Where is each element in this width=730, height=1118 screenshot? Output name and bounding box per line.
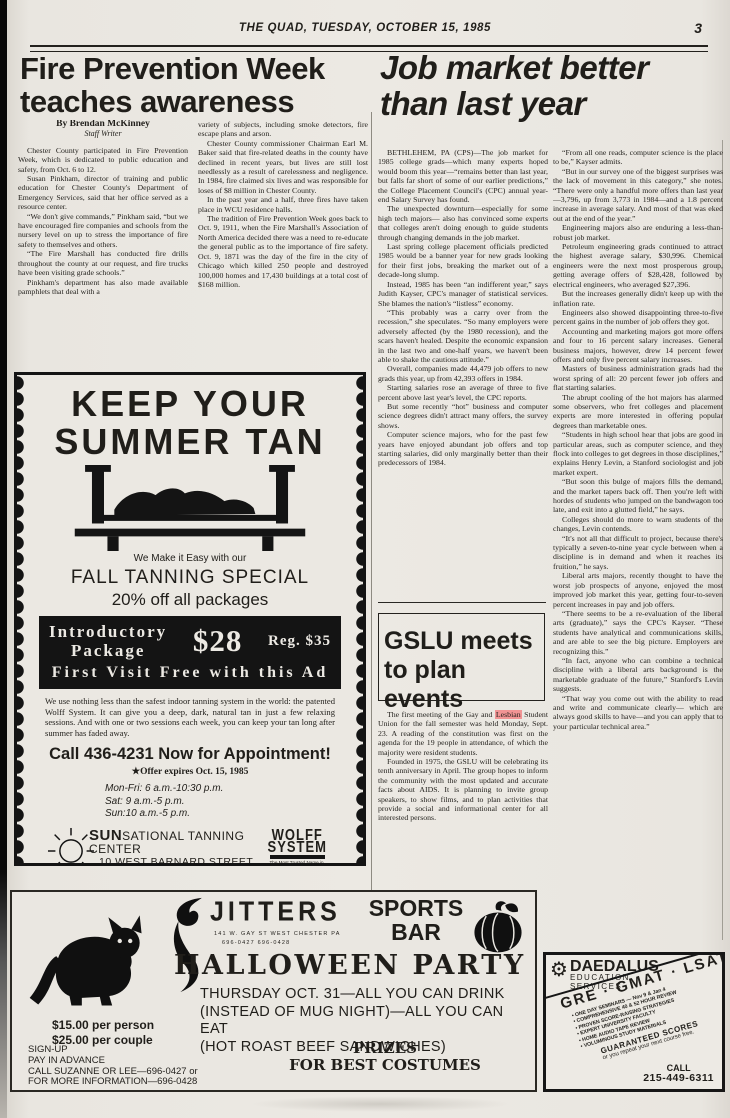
body-paragraph: “But soon this bulge of majors fills the… xyxy=(553,477,723,515)
body-paragraph: Last spring college placement officials … xyxy=(378,242,548,280)
body-paragraph: Chester County commissioner Chairman Ear… xyxy=(198,139,368,195)
offer-expires: ★Offer expires Oct. 15, 1985 xyxy=(37,766,343,777)
body-paragraph: “That way you come out with the ability … xyxy=(553,694,723,732)
body-paragraph: “There seems to be a re-evaluation of th… xyxy=(553,609,723,656)
byline-author: By Brendan McKinney xyxy=(18,120,188,129)
fire-article-col1: By Brendan McKinney Staff Writer Chester… xyxy=(18,120,188,370)
jitters-address: 141 W. GAY ST WEST CHESTER PA xyxy=(214,931,341,937)
tanning-ad: KEEP YOUR SUMMER TAN We Make it Easy wit… xyxy=(14,372,366,866)
hours-line: Sat: 9 a.m.-5 p.m. xyxy=(105,796,343,809)
signup-line: FOR MORE INFORMATION—696-0428 xyxy=(28,1077,198,1088)
price-line: $15.00 per person xyxy=(52,1018,154,1033)
tanning-special-line: 20% off all packages xyxy=(37,590,343,610)
address-line: 10 WEST BARNARD STREET xyxy=(89,856,268,866)
scan-edge xyxy=(0,0,7,1118)
signup-info: SIGN-UP PAY IN ADVANCE CALL SUZANNE OR L… xyxy=(28,1045,198,1088)
body-paragraph: “But in our survey one of the biggest su… xyxy=(553,167,723,223)
newspaper-page: THE QUAD, TUESDAY, OCTOBER 15, 1985 3 Fi… xyxy=(0,0,730,1118)
free-visit-line: First Visit Free with this Ad xyxy=(49,664,331,682)
body-paragraph: The abrupt cooling of the hot majors has… xyxy=(553,393,723,431)
daedalus-phone: 215-449-6311 xyxy=(643,1073,714,1083)
paragraph-text: The first meeting of the Gay and xyxy=(387,710,495,719)
body-paragraph: “In fact, anyone who can combine a techn… xyxy=(553,656,723,694)
daedalus-call: CALL 215-449-6311 xyxy=(643,1063,714,1083)
body-paragraph: Colleges should do more to warn students… xyxy=(553,515,723,534)
halloween-party-headline: HALLOWEEN PARTY xyxy=(174,950,526,981)
body-paragraph: The unexpected downturn—especially for s… xyxy=(378,204,548,242)
body-paragraph: Susan Pinkham, director of training and … xyxy=(18,174,188,212)
hours-line: Sun:10 a.m.-5 p.m. xyxy=(105,808,343,821)
body-paragraph: Accounting and marketing majors got more… xyxy=(553,327,723,365)
print-bleed-smudge xyxy=(250,1096,510,1112)
headline-line: KEEP YOUR xyxy=(37,385,343,423)
job-article-headline: Job market better than last year xyxy=(380,50,725,122)
sunsational-block: SUNSATIONAL TANNING CENTER 10 WEST BARNA… xyxy=(45,829,343,866)
body-paragraph: “We don't give commands,” Pinkham said, … xyxy=(18,212,188,250)
body-paragraph: variety of subjects, including smoke det… xyxy=(198,120,368,139)
body-paragraph: Petroleum engineering grads continued to… xyxy=(553,242,723,289)
daedalus-ad: ⚙ DAEDALUS EDUCATION SERVICES GRE · GMAT… xyxy=(543,952,725,1092)
body-paragraph: “It's not all that difficult to project,… xyxy=(553,534,723,572)
body-paragraph: Overall, companies made 44,479 job offer… xyxy=(378,364,548,383)
pumpkin-icon xyxy=(469,898,527,956)
tanning-ad-body: We use nothing less than the safest indo… xyxy=(45,696,335,738)
wolff-band xyxy=(270,855,325,859)
gslu-article: The first meeting of the Gay and Lesbian… xyxy=(378,710,548,902)
jitters-logo: JITTERS xyxy=(210,897,341,929)
headline-line: teaches awareness xyxy=(20,85,368,118)
tanning-bed-illustration xyxy=(59,465,321,551)
gslu-headline: GSLU meets to plan events xyxy=(384,627,544,714)
body-paragraph: Pinkham's department has also made avail… xyxy=(18,278,188,297)
jitters-ad: $15.00 per person $25.00 per couple JITT… xyxy=(10,890,537,1092)
column-divider xyxy=(371,112,372,900)
detail-line: THURSDAY OCT. 31—ALL YOU CAN DRINK xyxy=(200,986,535,1004)
gear-icon: ⚙ xyxy=(550,959,568,979)
signup-line: PAY IN ADVANCE xyxy=(28,1056,198,1067)
headline-line: SUMMER TAN xyxy=(37,423,343,461)
body-paragraph: Masters of business administration grads… xyxy=(553,364,723,392)
body-paragraph: Computer science majors, who for the pas… xyxy=(378,430,548,468)
body-paragraph: Chester County participated in Fire Prev… xyxy=(18,146,188,174)
jitters-prices: $15.00 per person $25.00 per couple xyxy=(52,1018,154,1047)
body-paragraph: “Students in high school hear that jobs … xyxy=(553,430,723,477)
prizes-label: PRIZES FOR BEST COSTUMES xyxy=(280,1040,490,1074)
body-paragraph: Instead, 1985 has been “an indifferent y… xyxy=(378,280,548,308)
sunsational-address: SUNSATIONAL TANNING CENTER 10 WEST BARNA… xyxy=(89,829,268,866)
black-cat-icon xyxy=(24,906,152,1012)
body-paragraph: Liberal arts majors, recently thought to… xyxy=(553,571,723,609)
section-rule xyxy=(378,602,546,603)
tanning-ad-headline: KEEP YOUR SUMMER TAN xyxy=(37,385,343,461)
regular-price: Reg. $35 xyxy=(268,633,331,650)
body-paragraph: But the increases generally didn't keep … xyxy=(553,289,723,308)
headline-line: to plan events xyxy=(384,656,544,714)
body-paragraph: In the past year and a half, three fires… xyxy=(198,195,368,214)
body-paragraph: “From all one reads, computer science is… xyxy=(553,148,723,167)
body-paragraph: Engineers also showed disappointing thre… xyxy=(553,308,723,327)
body-paragraph: The tradition of Fire Prevention Week go… xyxy=(198,214,368,289)
wolff-system-logo: WOLFF SYSTEM The Most Trusted Name in Ta… xyxy=(268,829,327,866)
gslu-headline-box: GSLU meets to plan events xyxy=(378,613,545,701)
body-paragraph: Engineering majors also are enduring a l… xyxy=(553,223,723,242)
fire-article-headline: Fire Prevention Week teaches awareness xyxy=(20,52,368,118)
page-number: 3 xyxy=(694,20,702,36)
call-for-appointment: Call 436-4231 Now for Appointment! xyxy=(37,745,343,764)
body-paragraph: Starting salaries rose an average of thr… xyxy=(378,383,548,402)
detail-line: (INSTEAD OF MUG NIGHT)—ALL YOU CAN EAT xyxy=(200,1004,535,1039)
jitters-phones: 696-0427 696-0428 xyxy=(222,940,290,946)
sports-bar-label: SPORTS BAR xyxy=(360,896,472,944)
byline-role: Staff Writer xyxy=(18,129,188,138)
body-paragraph: Founded in 1975, the GSLU will be celebr… xyxy=(378,757,548,823)
package-price: $28 xyxy=(193,623,243,659)
hours-list: Mon-Fri: 6 a.m.-10:30 p.m. Sat: 9 a.m.-5… xyxy=(105,783,343,821)
headline-line: than last year xyxy=(380,86,725,122)
fire-article: By Brendan McKinney Staff Writer Chester… xyxy=(18,120,368,370)
fire-article-col2: variety of subjects, including smoke det… xyxy=(198,120,368,370)
tanning-special-line: FALL TANNING SPECIAL xyxy=(37,567,343,589)
body-paragraph: BETHLEHEM, PA (CPS)—The job market for 1… xyxy=(378,148,548,204)
intro-package-banner: Introductory Package $28 Reg. $35 First … xyxy=(39,616,341,689)
masthead: THE QUAD, TUESDAY, OCTOBER 15, 1985 xyxy=(40,22,690,34)
body-paragraph: The first meeting of the Gay and Lesbian… xyxy=(378,710,548,757)
job-article-col2: “From all one reads, computer science is… xyxy=(553,148,723,942)
tanning-ad-tagline: We Make it Easy with our xyxy=(37,553,343,564)
highlighted-word: Lesbian xyxy=(495,710,522,719)
headline-line: Fire Prevention Week xyxy=(20,52,368,85)
headline-line: GSLU meets xyxy=(384,627,544,656)
body-paragraph: But some recently “hot” business and com… xyxy=(378,402,548,430)
hours-line: Mon-Fri: 6 a.m.-10:30 p.m. xyxy=(105,783,343,796)
body-paragraph: “The Fire Marshall has conducted fire dr… xyxy=(18,249,188,277)
headline-line: Job market better xyxy=(380,50,725,86)
byline: By Brendan McKinney Staff Writer xyxy=(18,120,188,139)
body-paragraph: “This probably was a carry over from the… xyxy=(378,308,548,364)
package-label: Introductory Package xyxy=(49,622,167,660)
job-article-col1: BETHLEHEM, PA (CPS)—The job market for 1… xyxy=(378,148,548,600)
